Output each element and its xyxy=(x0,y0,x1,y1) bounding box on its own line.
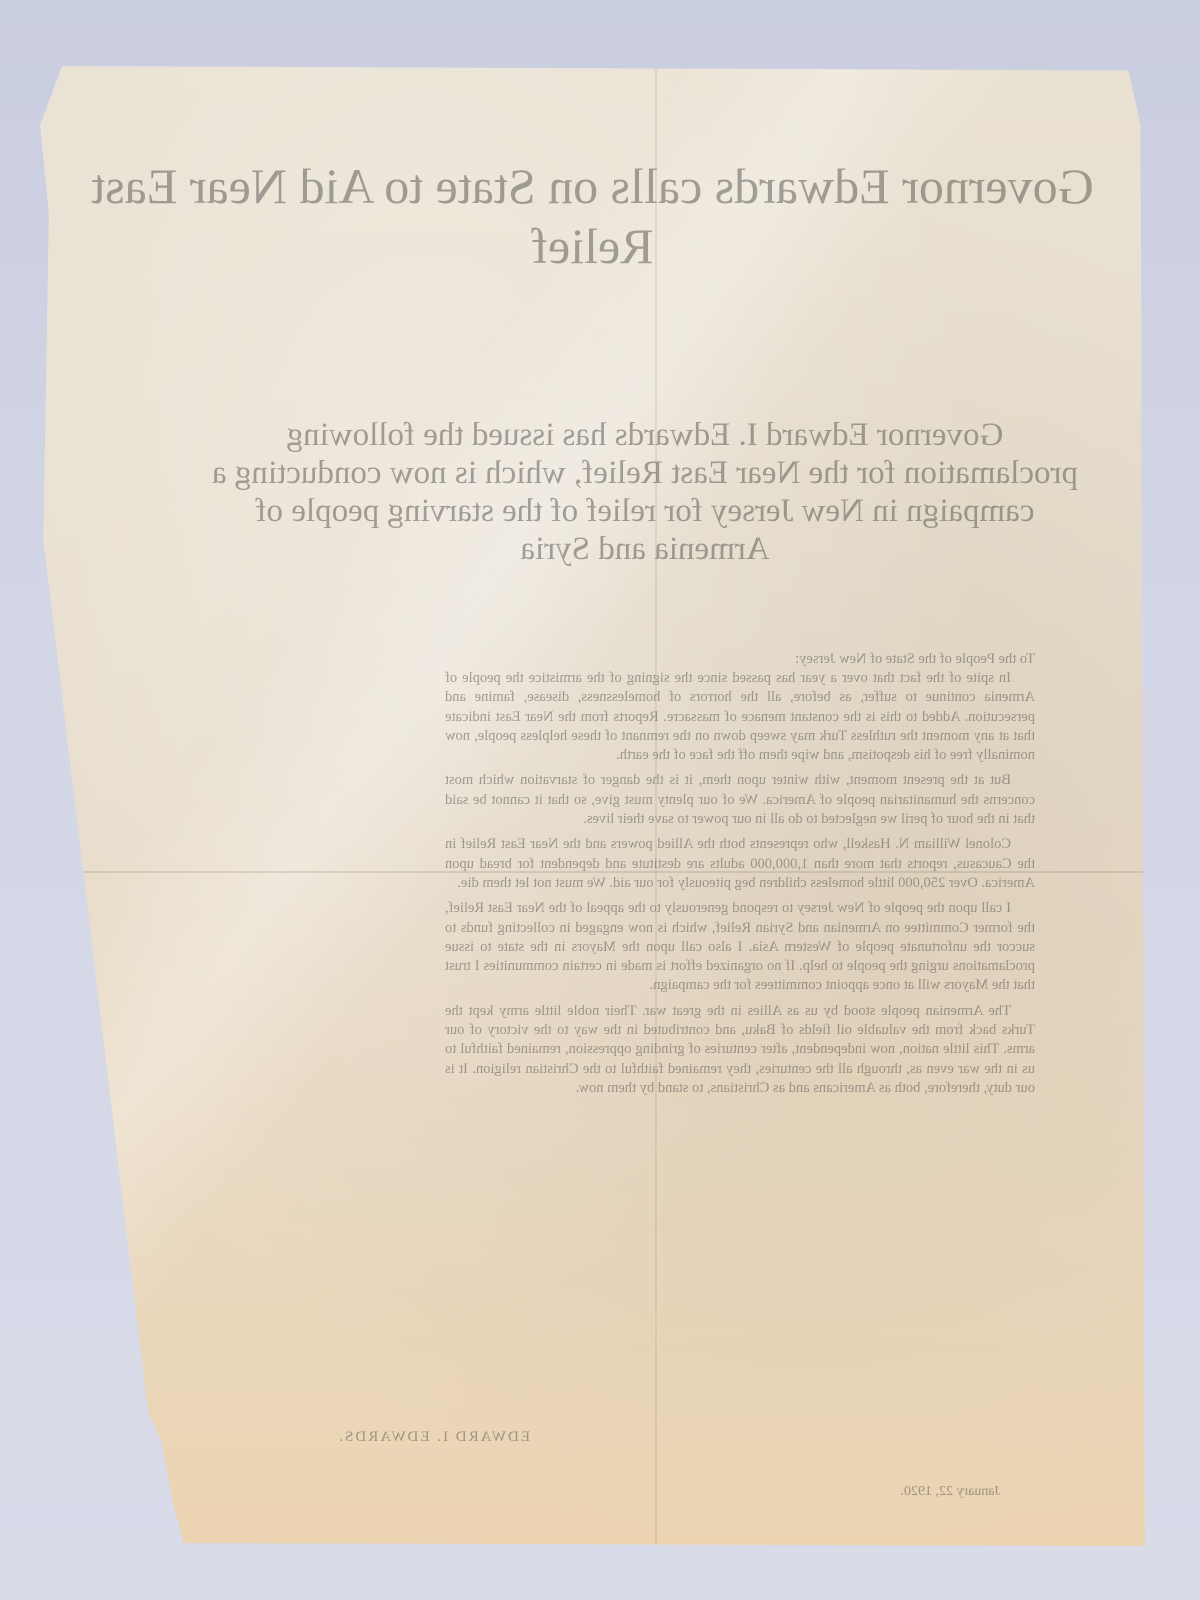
document-subtitle: Governor Edward I. Edwards has issued th… xyxy=(205,416,1085,568)
folded-corner xyxy=(41,1426,111,1576)
document-title: Governor Edwards calls on State to Aid N… xyxy=(40,156,1145,276)
salutation: To the People of the State of New Jersey… xyxy=(795,651,1035,668)
paragraph: In spite of the fact that over a year ha… xyxy=(445,669,1035,765)
document-date: January 22, 1920. xyxy=(900,1484,1000,1500)
paragraph: The Armenian people stood by us as Allie… xyxy=(445,1002,1035,1098)
signature: EDWARD I. EDWARDS. xyxy=(337,1429,530,1446)
paragraph: But at the present moment, with winter u… xyxy=(445,771,1035,829)
paragraph: Colonel William N. Haskell, who represen… xyxy=(445,835,1035,893)
proclamation-body: In spite of the fact that over a year ha… xyxy=(445,669,1035,1104)
paper-sheet: Governor Edwards calls on State to Aid N… xyxy=(40,66,1145,1546)
show-through-text: Governor Edwards calls on State to Aid N… xyxy=(40,66,1145,1546)
paragraph: I call upon the people of New Jersey to … xyxy=(445,899,1035,995)
